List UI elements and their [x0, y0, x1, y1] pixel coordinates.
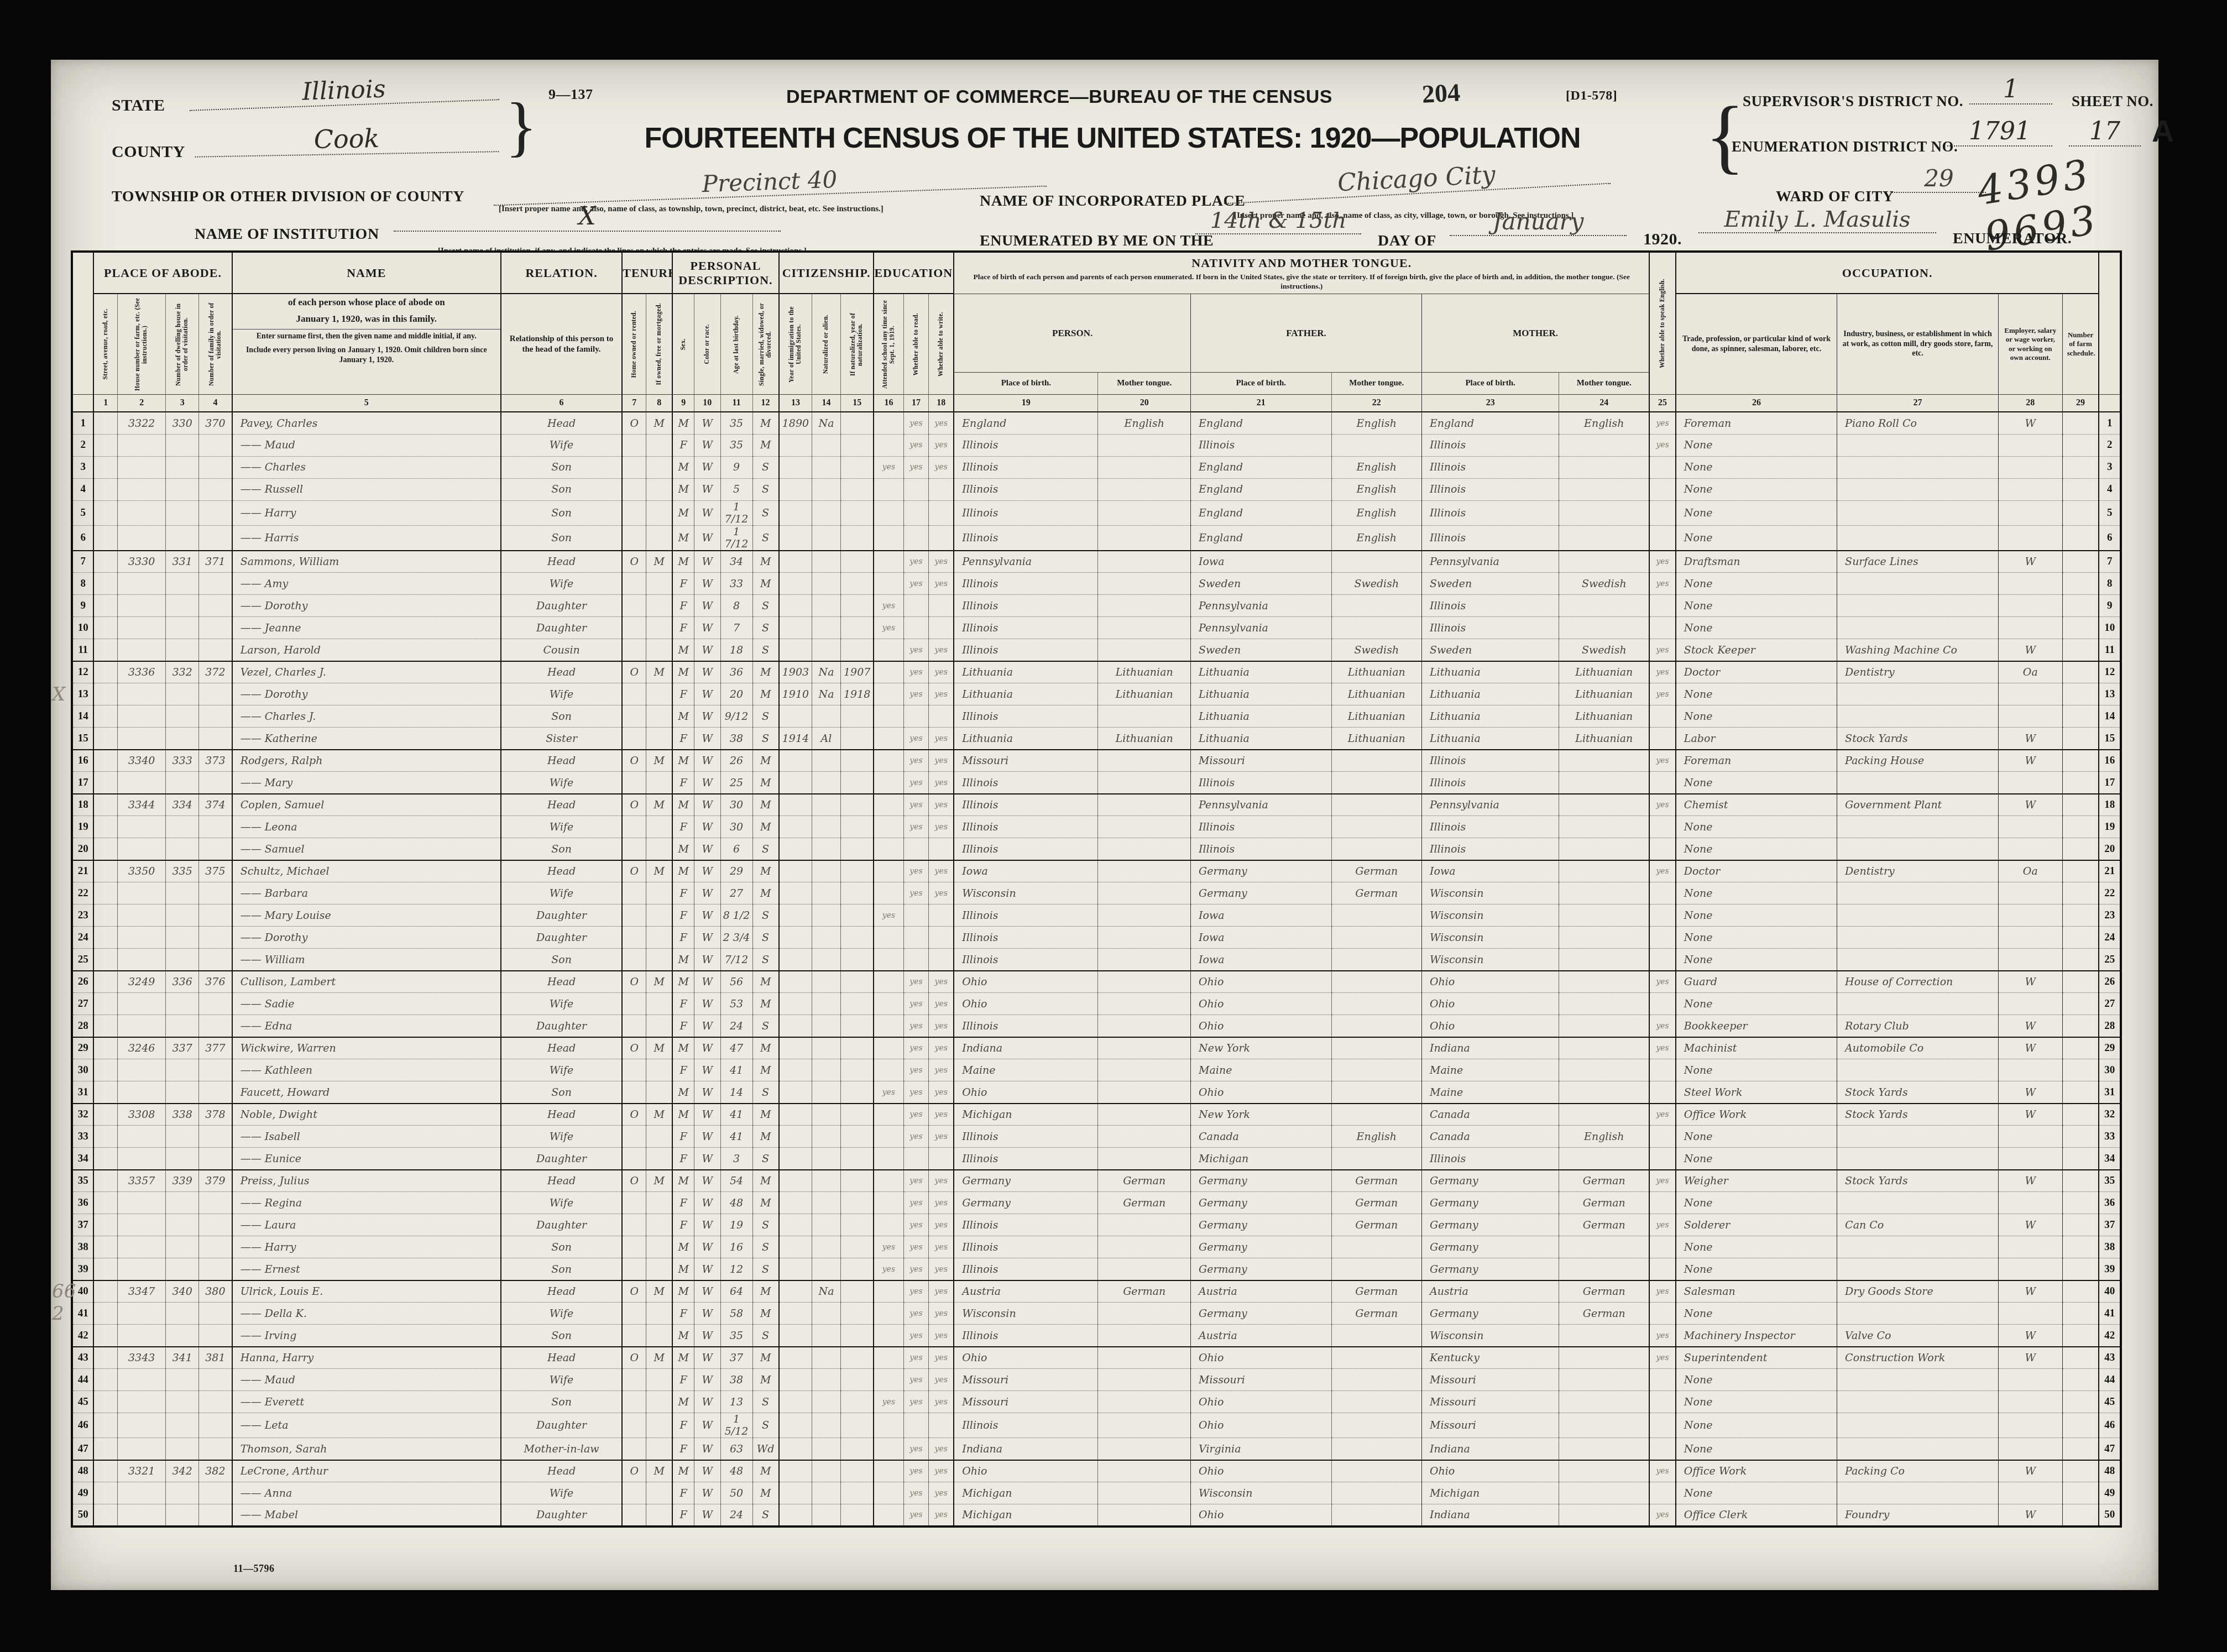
- cell-emp: [1998, 434, 2062, 456]
- cell-mpob: Missouri: [1421, 1391, 1559, 1413]
- cell-ind: [1837, 1258, 1999, 1280]
- cell-name: —— Ernest: [232, 1258, 501, 1280]
- cell-street: [93, 705, 117, 728]
- cell-eng: yes: [1649, 1460, 1676, 1482]
- cell-mt: [1098, 1413, 1191, 1438]
- cell-h: 3246: [118, 1037, 166, 1059]
- cell-read: [903, 949, 929, 971]
- cell-street: [93, 772, 117, 794]
- line-number: 43: [72, 1347, 93, 1369]
- cell-natyr: [840, 772, 874, 794]
- cell-name: Wickwire, Warren: [232, 1037, 501, 1059]
- cell-t8: M: [646, 412, 673, 434]
- cell-mpob: Illinois: [1421, 617, 1559, 639]
- cell-sch: yes: [874, 1391, 903, 1413]
- group-nativity: NATIVITY AND MOTHER TONGUE. Place of bir…: [954, 252, 1649, 294]
- cell-mmt: [1559, 1325, 1650, 1347]
- cell-d: [166, 705, 199, 728]
- line-number: 14: [72, 705, 93, 728]
- cell-race: W: [694, 1413, 721, 1438]
- cell-age: 7/12: [720, 949, 752, 971]
- cell-f: [199, 1391, 232, 1413]
- cell-h: [118, 1059, 166, 1081]
- cell-mar: M: [752, 816, 779, 838]
- cell-street: [93, 838, 117, 860]
- right-brace: {: [1705, 88, 1745, 184]
- margin-note: 2: [52, 1303, 64, 1325]
- cell-race: W: [694, 1258, 721, 1280]
- cell-read: yes: [903, 1170, 929, 1192]
- cell-pob: Missouri: [954, 750, 1098, 772]
- table-row: 73330331371Sammons, WilliamHeadOMMW34Mye…: [72, 551, 2121, 573]
- cell-eng: yes: [1649, 661, 1676, 683]
- cell-fpob: Ohio: [1191, 1347, 1332, 1369]
- column-number: 17: [903, 394, 929, 412]
- cell-fmt: [1331, 1369, 1421, 1391]
- cell-trade: Steel Work: [1676, 1081, 1837, 1104]
- line-number: 5: [72, 500, 93, 525]
- cell-mt: [1098, 1369, 1191, 1391]
- line-number: 38: [2099, 1236, 2121, 1258]
- cell-h: [118, 772, 166, 794]
- cell-t7: [622, 617, 646, 639]
- cell-natyr: [840, 1460, 874, 1482]
- cell-eng: yes: [1649, 971, 1676, 993]
- cell-rel: Son: [501, 456, 622, 478]
- cell-sex: F: [672, 1192, 694, 1214]
- cell-natyr: [840, 927, 874, 949]
- group-tenure: TENURE.: [622, 252, 672, 294]
- cell-pob: Ohio: [954, 1347, 1098, 1369]
- cell-sch: [874, 1280, 903, 1303]
- supervisor-label: SUPERVISOR'S DISTRICT NO.: [1743, 93, 1963, 110]
- cell-race: W: [694, 1192, 721, 1214]
- cell-nat: [812, 905, 841, 927]
- cell-rel: Daughter: [501, 1504, 622, 1526]
- cell-mmt: [1559, 1482, 1650, 1504]
- cell-h: [118, 1504, 166, 1526]
- cell-fmt: [1331, 1504, 1421, 1526]
- line-number: 24: [2099, 927, 2121, 949]
- line-number: 41: [72, 1303, 93, 1325]
- cell-sch: [874, 1148, 903, 1170]
- cell-pob: Illinois: [954, 927, 1098, 949]
- cell-mmt: Swedish: [1559, 573, 1650, 595]
- cell-d: [166, 434, 199, 456]
- cell-age: 27: [720, 882, 752, 905]
- cell-race: W: [694, 949, 721, 971]
- cell-nat: [812, 1325, 841, 1347]
- table-row: 3—— CharlesSonMW9SyesyesyesIllinoisEngla…: [72, 456, 2121, 478]
- cell-rel: Wife: [501, 683, 622, 705]
- table-row: 17—— MaryWifeFW25MyesyesIllinoisIllinois…: [72, 772, 2121, 794]
- cell-nat: [812, 1170, 841, 1192]
- cell-nat: [812, 838, 841, 860]
- cell-trade: None: [1676, 500, 1837, 525]
- cell-pob: Illinois: [954, 1214, 1098, 1236]
- cell-sex: M: [672, 412, 694, 434]
- cell-imm: [779, 860, 812, 882]
- cell-name: LeCrone, Arthur: [232, 1460, 501, 1482]
- cell-t8: [646, 595, 673, 617]
- cell-pob: Pennsylvania: [954, 551, 1098, 573]
- table-row: 47Thomson, SarahMother-in-lawFW63Wdyesye…: [72, 1438, 2121, 1460]
- cell-f: [199, 1214, 232, 1236]
- cell-sex: M: [672, 971, 694, 993]
- cell-street: [93, 412, 117, 434]
- cell-street: [93, 595, 117, 617]
- cell-age: 6: [720, 838, 752, 860]
- cell-t7: [622, 595, 646, 617]
- cell-street: [93, 1214, 117, 1236]
- cell-farm: [2062, 617, 2099, 639]
- cell-fpob: Michigan: [1191, 1148, 1332, 1170]
- cell-ind: Can Co: [1837, 1214, 1999, 1236]
- cell-h: [118, 882, 166, 905]
- cell-natyr: [840, 1037, 874, 1059]
- cell-mpob: Wisconsin: [1421, 927, 1559, 949]
- cell-mpob: Pennsylvania: [1421, 794, 1559, 816]
- cell-natyr: [840, 971, 874, 993]
- cell-sex: M: [672, 750, 694, 772]
- cell-eng: [1649, 1059, 1676, 1081]
- line-number: 4: [72, 478, 93, 500]
- cell-farm: [2062, 1460, 2099, 1482]
- cell-f: 370: [199, 412, 232, 434]
- institution-value: X: [394, 202, 781, 232]
- cell-mpob: Indiana: [1421, 1037, 1559, 1059]
- table-row: 13—— DorothyWifeFW20M1910Na1918yesyesLit…: [72, 683, 2121, 705]
- cell-street: [93, 617, 117, 639]
- cell-mar: S: [752, 705, 779, 728]
- cell-imm: [779, 705, 812, 728]
- cell-mpob: Germany: [1421, 1170, 1559, 1192]
- cell-t8: [646, 478, 673, 500]
- cell-name: —— Leta: [232, 1413, 501, 1438]
- cell-mpob: Michigan: [1421, 1482, 1559, 1504]
- cell-read: yes: [903, 993, 929, 1015]
- column-number: 26: [1676, 394, 1837, 412]
- cell-farm: [2062, 993, 2099, 1015]
- father-pob-header: Place of birth.: [1191, 372, 1332, 394]
- cell-write: yes: [929, 573, 954, 595]
- line-number: 13: [72, 683, 93, 705]
- cell-t7: [622, 1504, 646, 1526]
- group-relation: RELATION.: [501, 252, 622, 294]
- cell-read: yes: [903, 728, 929, 750]
- line-number: 6: [72, 525, 93, 551]
- cell-imm: [779, 456, 812, 478]
- line-number: 25: [72, 949, 93, 971]
- cell-sex: M: [672, 1280, 694, 1303]
- cell-mmt: Lithuanian: [1559, 728, 1650, 750]
- table-row: 23—— Mary LouiseDaughterFW8 1/2SyesIllin…: [72, 905, 2121, 927]
- cell-t8: [646, 434, 673, 456]
- cell-nat: [812, 1413, 841, 1438]
- cell-write: yes: [929, 1214, 954, 1236]
- cell-pob: Michigan: [954, 1482, 1098, 1504]
- cell-race: W: [694, 1482, 721, 1504]
- cell-fpob: Pennsylvania: [1191, 595, 1332, 617]
- cell-street: [93, 551, 117, 573]
- line-number: 489: [2099, 1460, 2121, 1482]
- cell-d: [166, 1258, 199, 1280]
- cell-pob: Wisconsin: [954, 1303, 1098, 1325]
- cell-mpob: Illinois: [1421, 456, 1559, 478]
- cell-f: [199, 1482, 232, 1504]
- cell-pob: Illinois: [954, 905, 1098, 927]
- cell-h: 3322: [118, 412, 166, 434]
- cell-mpob: Missouri: [1421, 1369, 1559, 1391]
- cell-fpob: Ohio: [1191, 1391, 1332, 1413]
- col-26-header: Trade, profession, or particular kind of…: [1676, 294, 1837, 394]
- cell-f: [199, 595, 232, 617]
- cell-farm: [2062, 1280, 2099, 1303]
- cell-imm: 1890: [779, 412, 812, 434]
- cell-h: [118, 905, 166, 927]
- cell-name: Pavey, Charles: [232, 412, 501, 434]
- cell-natyr: [840, 412, 874, 434]
- cell-imm: [779, 1192, 812, 1214]
- cell-rel: Head: [501, 412, 622, 434]
- cell-ind: House of Correction: [1837, 971, 1999, 993]
- cell-name: —— Isabell: [232, 1126, 501, 1148]
- cell-natyr: [840, 1413, 874, 1438]
- cell-pob: Illinois: [954, 573, 1098, 595]
- cell-fmt: [1331, 949, 1421, 971]
- cell-natyr: [840, 478, 874, 500]
- cell-mmt: [1559, 772, 1650, 794]
- cell-sex: M: [672, 1460, 694, 1482]
- cell-ind: [1837, 683, 1999, 705]
- cell-fmt: [1331, 1325, 1421, 1347]
- cell-fpob: Ohio: [1191, 1504, 1332, 1526]
- table-row: 483321342382LeCrone, ArthurHeadOMMW48Mye…: [72, 1460, 2121, 1482]
- cell-race: W: [694, 860, 721, 882]
- cell-eng: [1649, 1303, 1676, 1325]
- cell-d: [166, 456, 199, 478]
- cell-emp: [1998, 993, 2062, 1015]
- cell-ind: [1837, 1413, 1999, 1438]
- cell-rel: Son: [501, 838, 622, 860]
- cell-d: [166, 1192, 199, 1214]
- cell-fmt: Lithuanian: [1331, 705, 1421, 728]
- cell-sex: M: [672, 551, 694, 573]
- cell-ind: Dentistry: [1837, 661, 1999, 683]
- cell-emp: [1998, 816, 2062, 838]
- cell-name: —— Eunice: [232, 1148, 501, 1170]
- cell-fmt: [1331, 927, 1421, 949]
- table-row: 46—— LetaDaughterFW1 5/12SIllinoisOhioMi…: [72, 1413, 2121, 1438]
- cell-f: [199, 816, 232, 838]
- cell-eng: yes: [1649, 639, 1676, 661]
- line-number: 50: [72, 1504, 93, 1526]
- cell-h: [118, 993, 166, 1015]
- cell-mpob: Germany: [1421, 1258, 1559, 1280]
- cell-mmt: [1559, 1347, 1650, 1369]
- cell-nat: [812, 1303, 841, 1325]
- line-number: 34: [72, 1148, 93, 1170]
- cell-trade: None: [1676, 573, 1837, 595]
- cell-name: Preiss, Julius: [232, 1170, 501, 1192]
- cell-race: W: [694, 1059, 721, 1081]
- cell-read: yes: [903, 1347, 929, 1369]
- cell-fmt: German: [1331, 1192, 1421, 1214]
- cell-trade: None: [1676, 1258, 1837, 1280]
- line-number: 2674: [2099, 971, 2121, 993]
- cell-write: [929, 525, 954, 551]
- cell-read: yes: [903, 1015, 929, 1037]
- cell-h: 3344: [118, 794, 166, 816]
- cell-rel: Cousin: [501, 639, 622, 661]
- cell-sex: M: [672, 478, 694, 500]
- cell-imm: [779, 993, 812, 1015]
- line-number: 11: [72, 639, 93, 661]
- line-number: 34: [2099, 1148, 2121, 1170]
- cell-imm: 1903: [779, 661, 812, 683]
- cell-ind: [1837, 1126, 1999, 1148]
- cell-nat: [812, 794, 841, 816]
- cell-mpob: Sweden: [1421, 639, 1559, 661]
- cell-sch: [874, 949, 903, 971]
- cell-rel: Wife: [501, 434, 622, 456]
- cell-f: 375: [199, 860, 232, 882]
- cell-natyr: [840, 1438, 874, 1460]
- cell-d: [166, 1438, 199, 1460]
- cell-name: —— Jeanne: [232, 617, 501, 639]
- cell-mt: [1098, 1258, 1191, 1280]
- cell-mt: [1098, 860, 1191, 882]
- cell-emp: W: [1998, 412, 2062, 434]
- cell-emp: W: [1998, 971, 2062, 993]
- line-number: 17: [72, 772, 93, 794]
- cell-eng: [1649, 728, 1676, 750]
- cell-sex: M: [672, 949, 694, 971]
- cell-trade: Doctor: [1676, 860, 1837, 882]
- cell-t7: [622, 1369, 646, 1391]
- cell-d: [166, 617, 199, 639]
- cell-t8: [646, 1258, 673, 1280]
- cell-fpob: Ohio: [1191, 993, 1332, 1015]
- cell-pob: Lithuania: [954, 661, 1098, 683]
- column-number: 18: [929, 394, 954, 412]
- cell-emp: [1998, 1126, 2062, 1148]
- cell-fpob: Germany: [1191, 1192, 1332, 1214]
- line-number: 25: [2099, 949, 2121, 971]
- cell-street: [93, 1280, 117, 1303]
- cell-h: [118, 1391, 166, 1413]
- cell-natyr: [840, 1303, 874, 1325]
- cell-mpob: England: [1421, 412, 1559, 434]
- col-25-header: Whether able to speak English.: [1649, 252, 1676, 394]
- cell-read: yes: [903, 1482, 929, 1504]
- cell-rel: Wife: [501, 816, 622, 838]
- cell-eng: [1649, 705, 1676, 728]
- cell-t7: [622, 993, 646, 1015]
- cell-imm: [779, 927, 812, 949]
- cell-rel: Wife: [501, 772, 622, 794]
- cell-write: yes: [929, 639, 954, 661]
- cell-t7: O: [622, 1170, 646, 1192]
- cell-mpob: Illinois: [1421, 1148, 1559, 1170]
- cell-t8: [646, 1126, 673, 1148]
- cell-t7: [622, 1325, 646, 1347]
- cell-f: [199, 905, 232, 927]
- cell-sex: F: [672, 1148, 694, 1170]
- cell-natyr: [840, 728, 874, 750]
- cell-mpob: Germany: [1421, 1236, 1559, 1258]
- line-number: 509: [2099, 1504, 2121, 1526]
- cell-fpob: Sweden: [1191, 639, 1332, 661]
- cell-t7: [622, 949, 646, 971]
- cell-eng: yes: [1649, 1104, 1676, 1126]
- cell-h: [118, 1325, 166, 1347]
- cell-nat: [812, 1126, 841, 1148]
- cell-imm: [779, 1460, 812, 1482]
- cell-pob: Illinois: [954, 705, 1098, 728]
- cell-emp: W: [1998, 1081, 2062, 1104]
- cell-imm: [779, 1104, 812, 1126]
- cell-street: [93, 1391, 117, 1413]
- cell-t8: [646, 1015, 673, 1037]
- cell-emp: [1998, 705, 2062, 728]
- cell-h: [118, 949, 166, 971]
- cell-sex: F: [672, 683, 694, 705]
- cell-sch: [874, 1015, 903, 1037]
- cell-mpob: Germany: [1421, 1303, 1559, 1325]
- cell-mmt: Lithuanian: [1559, 661, 1650, 683]
- cell-write: yes: [929, 1170, 954, 1192]
- cell-natyr: [840, 1391, 874, 1413]
- cell-write: yes: [929, 1104, 954, 1126]
- cell-mpob: Iowa: [1421, 860, 1559, 882]
- cell-mpob: Germany: [1421, 1192, 1559, 1214]
- cell-mt: [1098, 525, 1191, 551]
- cell-read: yes: [903, 1126, 929, 1148]
- cell-d: [166, 1482, 199, 1504]
- cell-read: yes: [903, 661, 929, 683]
- cell-f: [199, 1438, 232, 1460]
- cell-read: yes: [903, 860, 929, 882]
- cell-f: [199, 1126, 232, 1148]
- cell-write: [929, 949, 954, 971]
- cell-imm: [779, 1438, 812, 1460]
- cell-fmt: [1331, 434, 1421, 456]
- cell-ind: [1837, 1303, 1999, 1325]
- cell-t7: [622, 1059, 646, 1081]
- cell-sex: F: [672, 882, 694, 905]
- cell-fpob: Germany: [1191, 1170, 1332, 1192]
- cell-name: —— William: [232, 949, 501, 971]
- cell-t8: [646, 993, 673, 1015]
- cell-sch: yes: [874, 1081, 903, 1104]
- cell-natyr: [840, 1347, 874, 1369]
- cell-h: [118, 617, 166, 639]
- cell-name: —— Everett: [232, 1391, 501, 1413]
- cell-h: 3321: [118, 1460, 166, 1482]
- cell-mpob: Indiana: [1421, 1438, 1559, 1460]
- cell-fmt: [1331, 1037, 1421, 1059]
- cell-t7: [622, 1214, 646, 1236]
- cell-natyr: [840, 860, 874, 882]
- cell-nat: [812, 1037, 841, 1059]
- col-4-header: Number of family in order of visitation.: [199, 294, 232, 394]
- cell-mmt: German: [1559, 1214, 1650, 1236]
- cell-fmt: [1331, 772, 1421, 794]
- cell-race: W: [694, 1460, 721, 1482]
- cell-imm: [779, 1214, 812, 1236]
- cell-write: [929, 500, 954, 525]
